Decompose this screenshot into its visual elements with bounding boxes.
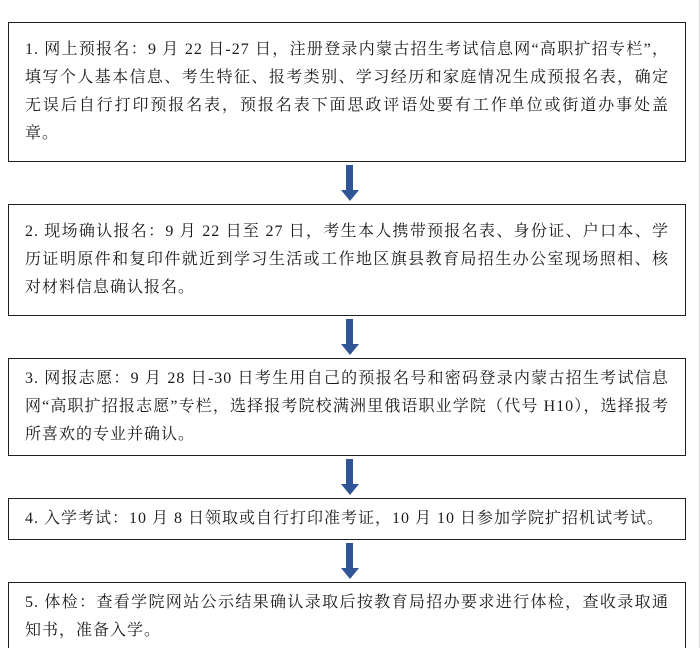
down-arrow-icon-1 xyxy=(341,165,359,201)
arrow-head xyxy=(341,344,359,355)
step-box-4: 4. 入学考试：10 月 8 日领取或自行打印准考证，10 月 10 日参加学院… xyxy=(8,498,686,540)
step-2-text: 2. 现场确认报名：9 月 22 日至 27 日，考生本人携带预报名表、身份证、… xyxy=(25,218,669,302)
arrow-shaft xyxy=(346,543,353,569)
arrow-shaft xyxy=(346,459,353,485)
arrow-shaft xyxy=(346,165,353,191)
step-box-3: 3. 网报志愿：9 月 28 日-30 日考生用自己的预报名号和密码登录内蒙古招… xyxy=(8,358,686,456)
step-box-5: 5. 体检：查看学院网站公示结果确认录取后按教育局招办要求进行体检，查收录取通知… xyxy=(8,582,686,648)
step-1-text: 1. 网上预报名：9 月 22 日-27 日，注册登录内蒙古招生考试信息网“高职… xyxy=(25,36,669,148)
step-box-1: 1. 网上预报名：9 月 22 日-27 日，注册登录内蒙古招生考试信息网“高职… xyxy=(8,22,686,162)
down-arrow-icon-4 xyxy=(341,543,359,579)
down-arrow-icon-2 xyxy=(341,319,359,355)
arrow-shaft xyxy=(346,319,353,345)
down-arrow-icon-3 xyxy=(341,459,359,495)
arrow-head xyxy=(341,190,359,201)
enrollment-flowchart: 1. 网上预报名：9 月 22 日-27 日，注册登录内蒙古招生考试信息网“高职… xyxy=(0,0,699,648)
step-box-2: 2. 现场确认报名：9 月 22 日至 27 日，考生本人携带预报名表、身份证、… xyxy=(8,204,686,316)
step-4-text: 4. 入学考试：10 月 8 日领取或自行打印准考证，10 月 10 日参加学院… xyxy=(25,505,669,533)
step-5-text: 5. 体检：查看学院网站公示结果确认录取后按教育局招办要求进行体检，查收录取通知… xyxy=(25,589,669,645)
arrow-head xyxy=(341,484,359,495)
step-3-text: 3. 网报志愿：9 月 28 日-30 日考生用自己的预报名号和密码登录内蒙古招… xyxy=(25,365,669,449)
arrow-head xyxy=(341,568,359,579)
